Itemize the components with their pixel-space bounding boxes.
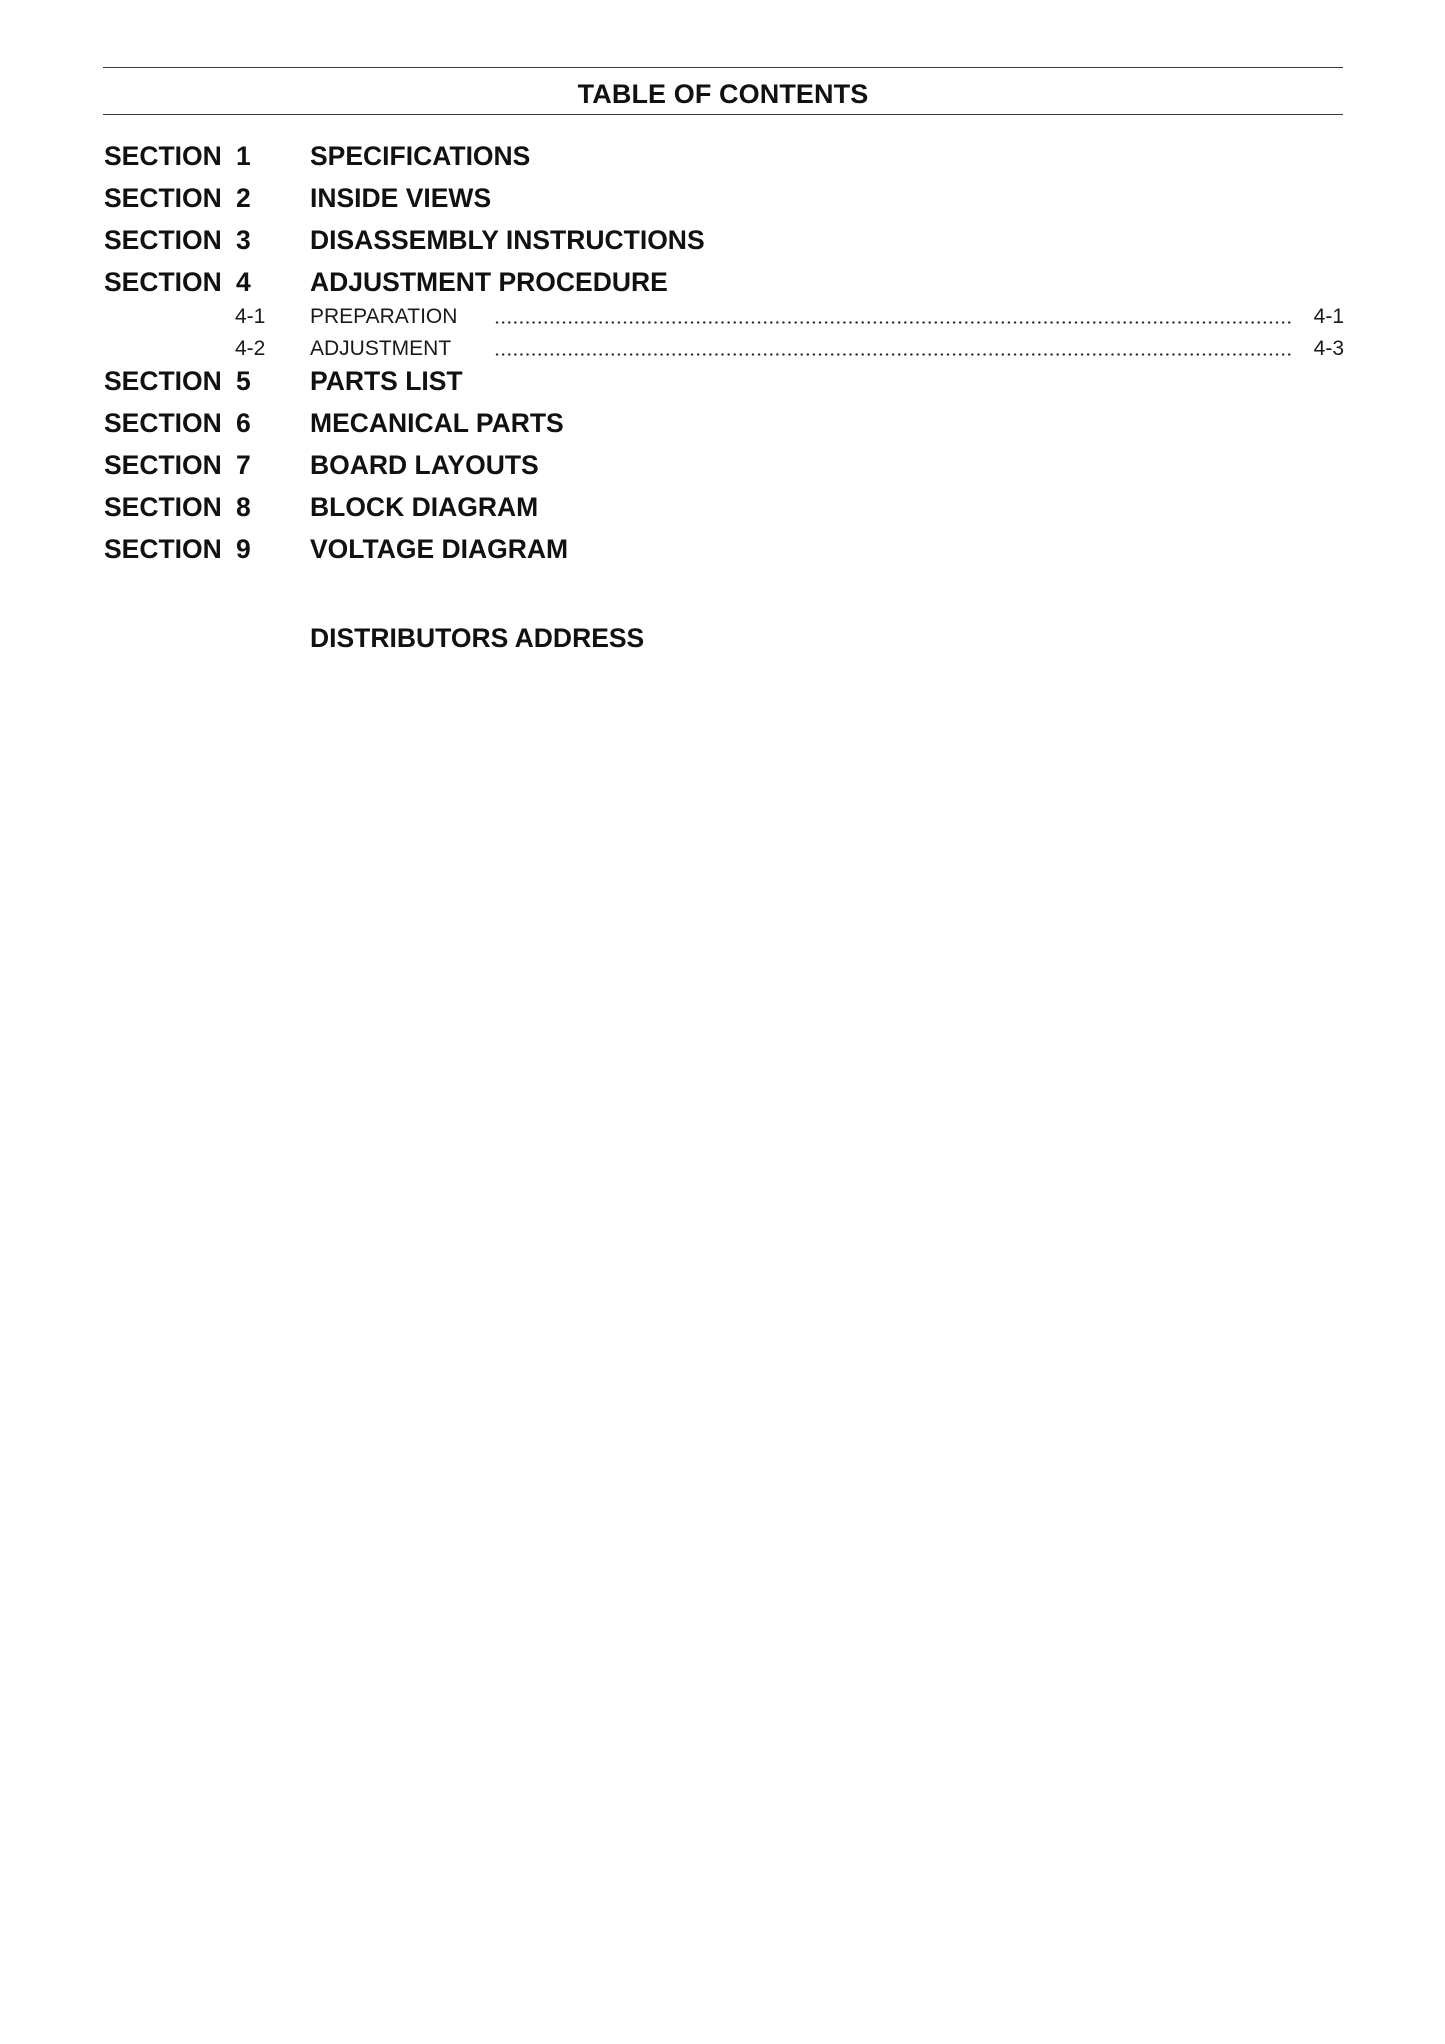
subsection-title: ADJUSTMENT xyxy=(310,336,451,362)
subsection-number: 4-1 xyxy=(235,304,265,330)
title-bottom-rule xyxy=(103,114,1343,115)
section-title: DISASSEMBLY INSTRUCTIONS xyxy=(310,224,705,256)
page-title: TABLE OF CONTENTS xyxy=(103,79,1343,109)
section-label: SECTION xyxy=(104,407,222,439)
subsection-title: PREPARATION xyxy=(310,304,457,330)
section-title: VOLTAGE DIAGRAM xyxy=(310,533,568,565)
section-title: INSIDE VIEWS xyxy=(310,182,491,214)
section-title: SPECIFICATIONS xyxy=(310,140,530,172)
section-label: SECTION xyxy=(104,491,222,523)
section-number: 1 xyxy=(236,140,251,172)
toc-section-5[interactable]: SECTION 5 PARTS LIST xyxy=(0,365,1445,397)
toc-section-2[interactable]: SECTION 2 INSIDE VIEWS xyxy=(0,182,1445,214)
toc-section-1[interactable]: SECTION 1 SPECIFICATIONS xyxy=(0,140,1445,172)
section-label: SECTION xyxy=(104,365,222,397)
section-title: ADJUSTMENT PROCEDURE xyxy=(310,266,668,298)
section-label: SECTION xyxy=(104,224,222,256)
subsection-page-number: 4-1 xyxy=(1308,304,1344,330)
section-label: SECTION xyxy=(104,140,222,172)
dot-leader xyxy=(494,353,1292,356)
toc-section-9[interactable]: SECTION 9 VOLTAGE DIAGRAM xyxy=(0,533,1445,565)
section-number: 3 xyxy=(236,224,251,256)
toc-section-6[interactable]: SECTION 6 MECANICAL PARTS xyxy=(0,407,1445,439)
toc-section-3[interactable]: SECTION 3 DISASSEMBLY INSTRUCTIONS xyxy=(0,224,1445,256)
subsection-number: 4-2 xyxy=(235,336,265,362)
section-number: 7 xyxy=(236,449,251,481)
subsection-page-number: 4-3 xyxy=(1308,336,1344,362)
toc-subsection-4-2[interactable]: 4-2 ADJUSTMENT 4-3 xyxy=(0,336,1445,362)
section-label: SECTION xyxy=(104,533,222,565)
section-title: BOARD LAYOUTS xyxy=(310,449,539,481)
title-top-rule xyxy=(103,67,1343,68)
section-label: SECTION xyxy=(104,449,222,481)
toc-section-7[interactable]: SECTION 7 BOARD LAYOUTS xyxy=(0,449,1445,481)
section-label: SECTION xyxy=(104,182,222,214)
section-number: 5 xyxy=(236,365,251,397)
section-number: 2 xyxy=(236,182,251,214)
section-title: MECANICAL PARTS xyxy=(310,407,564,439)
section-number: 8 xyxy=(236,491,251,523)
section-title: BLOCK DIAGRAM xyxy=(310,491,538,523)
section-title: PARTS LIST xyxy=(310,365,463,397)
section-label: SECTION xyxy=(104,266,222,298)
section-number: 6 xyxy=(236,407,251,439)
toc-page: TABLE OF CONTENTS SECTION 1 SPECIFICATIO… xyxy=(0,0,1445,2044)
dot-leader xyxy=(494,321,1292,324)
toc-subsection-4-1[interactable]: 4-1 PREPARATION 4-1 xyxy=(0,304,1445,330)
section-number: 9 xyxy=(236,533,251,565)
toc-section-8[interactable]: SECTION 8 BLOCK DIAGRAM xyxy=(0,491,1445,523)
section-number: 4 xyxy=(236,266,251,298)
toc-distributors-address[interactable]: DISTRIBUTORS ADDRESS xyxy=(310,622,644,654)
toc-section-4[interactable]: SECTION 4 ADJUSTMENT PROCEDURE xyxy=(0,266,1445,298)
